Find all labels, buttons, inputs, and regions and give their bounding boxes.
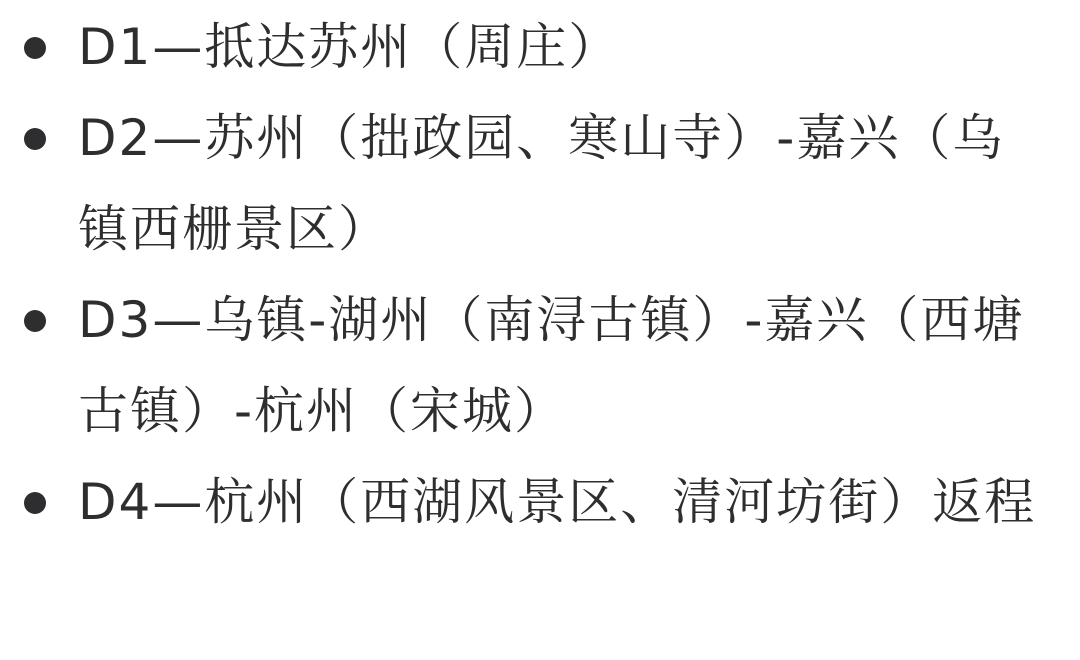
bullet-icon	[24, 310, 46, 332]
bullet-icon	[24, 492, 46, 514]
itinerary-item-label: D4—杭州（西湖风景区、清河坊街）返程	[78, 473, 1036, 531]
itinerary-item-d3: D3—乌镇-湖州（南浔古镇）-嘉兴（西塘古镇）-杭州（宋城）	[0, 275, 1080, 457]
bullet-icon	[24, 128, 46, 150]
itinerary-item-label: D2—苏州（拙政园、寒山寺）-嘉兴（乌镇西栅景区）	[78, 109, 1004, 258]
itinerary-item-label: D1—抵达苏州（周庄）	[78, 18, 620, 76]
itinerary-item-d2: D2—苏州（拙政园、寒山寺）-嘉兴（乌镇西栅景区）	[0, 93, 1080, 275]
itinerary-item-label: D3—乌镇-湖州（南浔古镇）-嘉兴（西塘古镇）-杭州（宋城）	[78, 291, 1024, 440]
itinerary-list: D1—抵达苏州（周庄） D2—苏州（拙政园、寒山寺）-嘉兴（乌镇西栅景区） D3…	[0, 2, 1080, 548]
itinerary-item-d1: D1—抵达苏州（周庄）	[0, 2, 1080, 93]
itinerary-item-d4: D4—杭州（西湖风景区、清河坊街）返程	[0, 457, 1080, 548]
bullet-icon	[24, 37, 46, 59]
